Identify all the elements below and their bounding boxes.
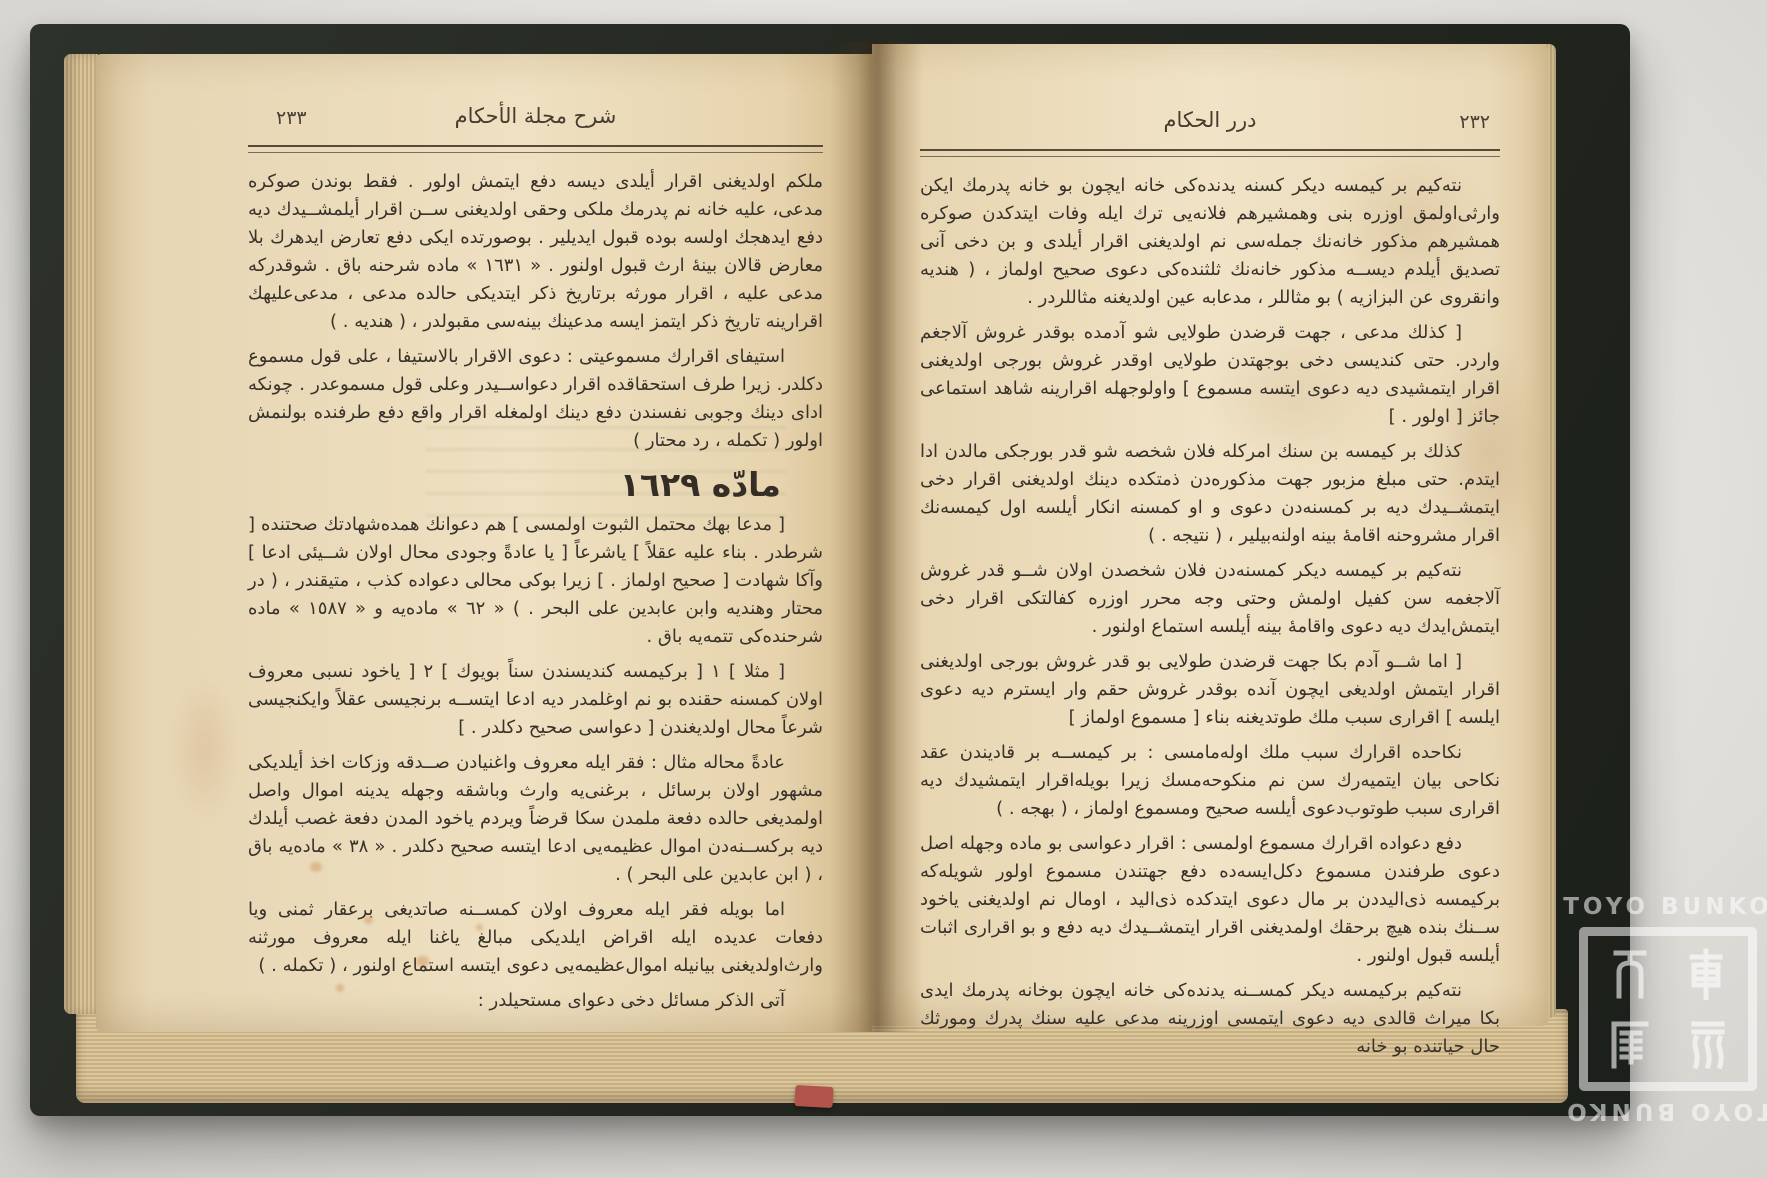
paragraph: اما بويله فقر ايله معروف اولان كمســنه ص… [248, 896, 823, 980]
right-page-body: نته‌كيم بر كيمسه ديكر كسنه يدنده‌كى خانه… [920, 172, 1500, 1061]
left-page: ٢٣٣ شرح مجلة الأحكام ملكم اولديغنى اقرار… [96, 54, 872, 1032]
book-photo-scene: ٢٣٣ شرح مجلة الأحكام ملكم اولديغنى اقرار… [0, 0, 1767, 1178]
left-page-body: ملكم اولديغنى اقرار أيلدى ديسه دفع ايتمش… [248, 168, 823, 1015]
header-rule [920, 149, 1500, 157]
paragraph: [ كذلك مدعى ، جهت قرضدن طولايى شو آدمده … [920, 319, 1500, 431]
paragraph: [ اما شــو آدم بكا جهت قرضدن طولايى بو ق… [920, 648, 1500, 732]
paragraph: عادةً محاله مثال : فقر ايله معروف واغنيا… [248, 749, 823, 889]
right-page-text-column: ٢٣٢ درر الحكام نته‌كيم بر كيمسه ديكر كسن… [920, 44, 1500, 1068]
seal-glyph-to-icon [1670, 941, 1744, 1008]
stain [170, 674, 240, 824]
seal-glyph-yo-icon [1670, 1011, 1744, 1078]
left-page-text-column: ٢٣٣ شرح مجلة الأحكام ملكم اولديغنى اقرار… [248, 54, 823, 1022]
right-running-title: درر الحكام [920, 108, 1500, 132]
left-page-number: ٢٣٣ [276, 107, 307, 129]
paragraph: نته‌كيم بركيمسه ديكر كمســنه يدنده‌كى خا… [920, 977, 1500, 1061]
paragraph: [ مثلا ] ١ [ بركيمسه كنديسندن سناً بويوك… [248, 658, 823, 742]
paragraph: دفع دعواده اقرارك مسموع اولمسى : اقرار د… [920, 830, 1500, 970]
red-ribbon-marker [794, 1085, 833, 1108]
right-page-header: ٢٣٢ درر الحكام [920, 108, 1500, 144]
paragraph: نته‌كيم بر كيمسه ديكر كمسنه‌دن فلان شخصد… [920, 557, 1500, 641]
paragraph: آتى الذكر مسائل دخى دعواى مستحيلدر : [248, 987, 823, 1015]
paragraph: كذلك بر كيمسه بن سنك امركله فلان شخصه شو… [920, 438, 1500, 550]
article-1629-heading: مادّه ١٦٢٩ [248, 471, 823, 499]
paragraph: نته‌كيم بر كيمسه ديكر كسنه يدنده‌كى خانه… [920, 172, 1500, 312]
page-block-left-fore-edge [64, 54, 98, 1014]
paragraph: نكاحده اقرارك سبب ملك اوله‌مامسى : بر كي… [920, 739, 1500, 823]
right-page: ٢٣٢ درر الحكام نته‌كيم بر كيمسه ديكر كسن… [872, 44, 1548, 1026]
right-page-number: ٢٣٢ [1459, 111, 1490, 133]
paragraph: [ مدعا بهك محتمل الثبوت اولمسى ] هم دعوا… [248, 511, 823, 651]
paragraph: ملكم اولديغنى اقرار أيلدى ديسه دفع ايتمش… [248, 168, 823, 336]
left-page-header: ٢٣٣ شرح مجلة الأحكام [248, 104, 823, 140]
book-cover: ٢٣٣ شرح مجلة الأحكام ملكم اولديغنى اقرار… [30, 24, 1630, 1116]
header-rule [248, 145, 823, 153]
paragraph: استيفاى اقرارك مسموعيتى : دعوى الاقرار ب… [248, 343, 823, 455]
left-running-title: شرح مجلة الأحكام [248, 104, 823, 128]
